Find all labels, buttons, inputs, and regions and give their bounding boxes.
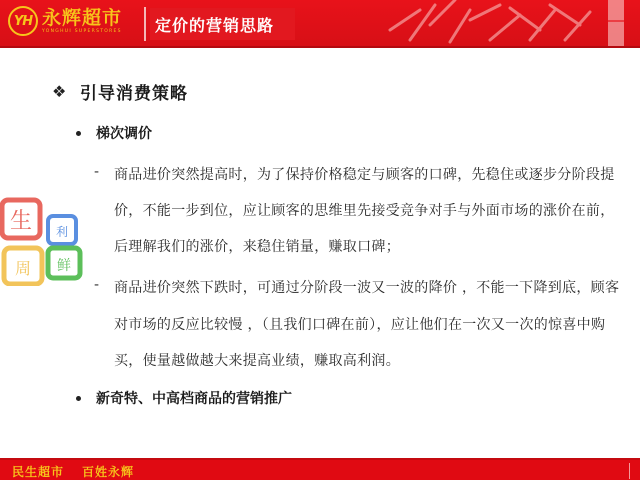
- fresh-produce-logo-icon: 生 利 周 鲜: [0, 196, 90, 286]
- body-line: 商品进价突然提高时，为了保持价格稳定与顾客的口碑，先稳住或逐步分阶段提: [114, 164, 615, 184]
- section-title: 新奇特、中高档商品的营销推广: [96, 388, 292, 408]
- svg-text:生: 生: [10, 209, 32, 234]
- footer-mark: [629, 463, 631, 479]
- bamboo-decoration-icon: [380, 0, 640, 46]
- body-line: 对市场的反应比较慢 ，（且我们口碑在前），应让他们在一次又一次的惊喜中购: [114, 314, 605, 334]
- diamond-bullet-icon: ❖: [52, 82, 70, 101]
- body-line: 价，不能一步到位，应让顾客的思维里先接受竞争对手与外面市场的涨价在前，: [114, 200, 615, 220]
- section-bullet: 梯次调价: [76, 123, 152, 143]
- yh-badge-icon: YH: [8, 6, 38, 36]
- body-line: 买，使量越做越大来提高业绩，赚取高利润。: [114, 350, 400, 370]
- body-line: 后理解我们的涨价，来稳住销量，赚取口碑；: [114, 236, 400, 256]
- bullet-dot-icon: [76, 131, 81, 136]
- dash-bullet-icon: -: [94, 164, 99, 180]
- bullet-dot-icon: [76, 396, 81, 401]
- main-heading-text: 引导消费策略: [80, 79, 188, 104]
- svg-text:利: 利: [56, 224, 68, 239]
- logo-chinese-name: 永辉超市: [42, 7, 122, 29]
- slide-header: YH 永辉超市 YONGHUI SUPERSTORES 定价的营销思路: [0, 0, 640, 48]
- section-title: 梯次调价: [96, 123, 152, 143]
- yonghui-logo: YH 永辉超市 YONGHUI SUPERSTORES: [8, 6, 122, 36]
- dash-bullet-icon: -: [94, 277, 99, 293]
- svg-text:周: 周: [15, 259, 31, 278]
- slide-title: 定价的营销思路: [155, 13, 274, 36]
- slide-title-box: 定价的营销思路: [150, 8, 295, 40]
- footer-slogan-right: 百姓永辉: [82, 463, 134, 480]
- section-bullet: 新奇特、中高档商品的营销推广: [76, 388, 292, 408]
- slide-footer: 民生超市 百姓永辉: [0, 458, 640, 480]
- main-heading: ❖ 引导消费策略: [52, 79, 188, 104]
- footer-slogan-left: 民生超市: [12, 463, 64, 480]
- body-line: 商品进价突然下跌时，可通过分阶段一波又一波的降价 ，不能一下降到底，顾客: [114, 277, 619, 297]
- svg-text:鲜: 鲜: [57, 258, 71, 274]
- logo-english-name: YONGHUI SUPERSTORES: [42, 29, 122, 35]
- header-divider: [144, 7, 146, 41]
